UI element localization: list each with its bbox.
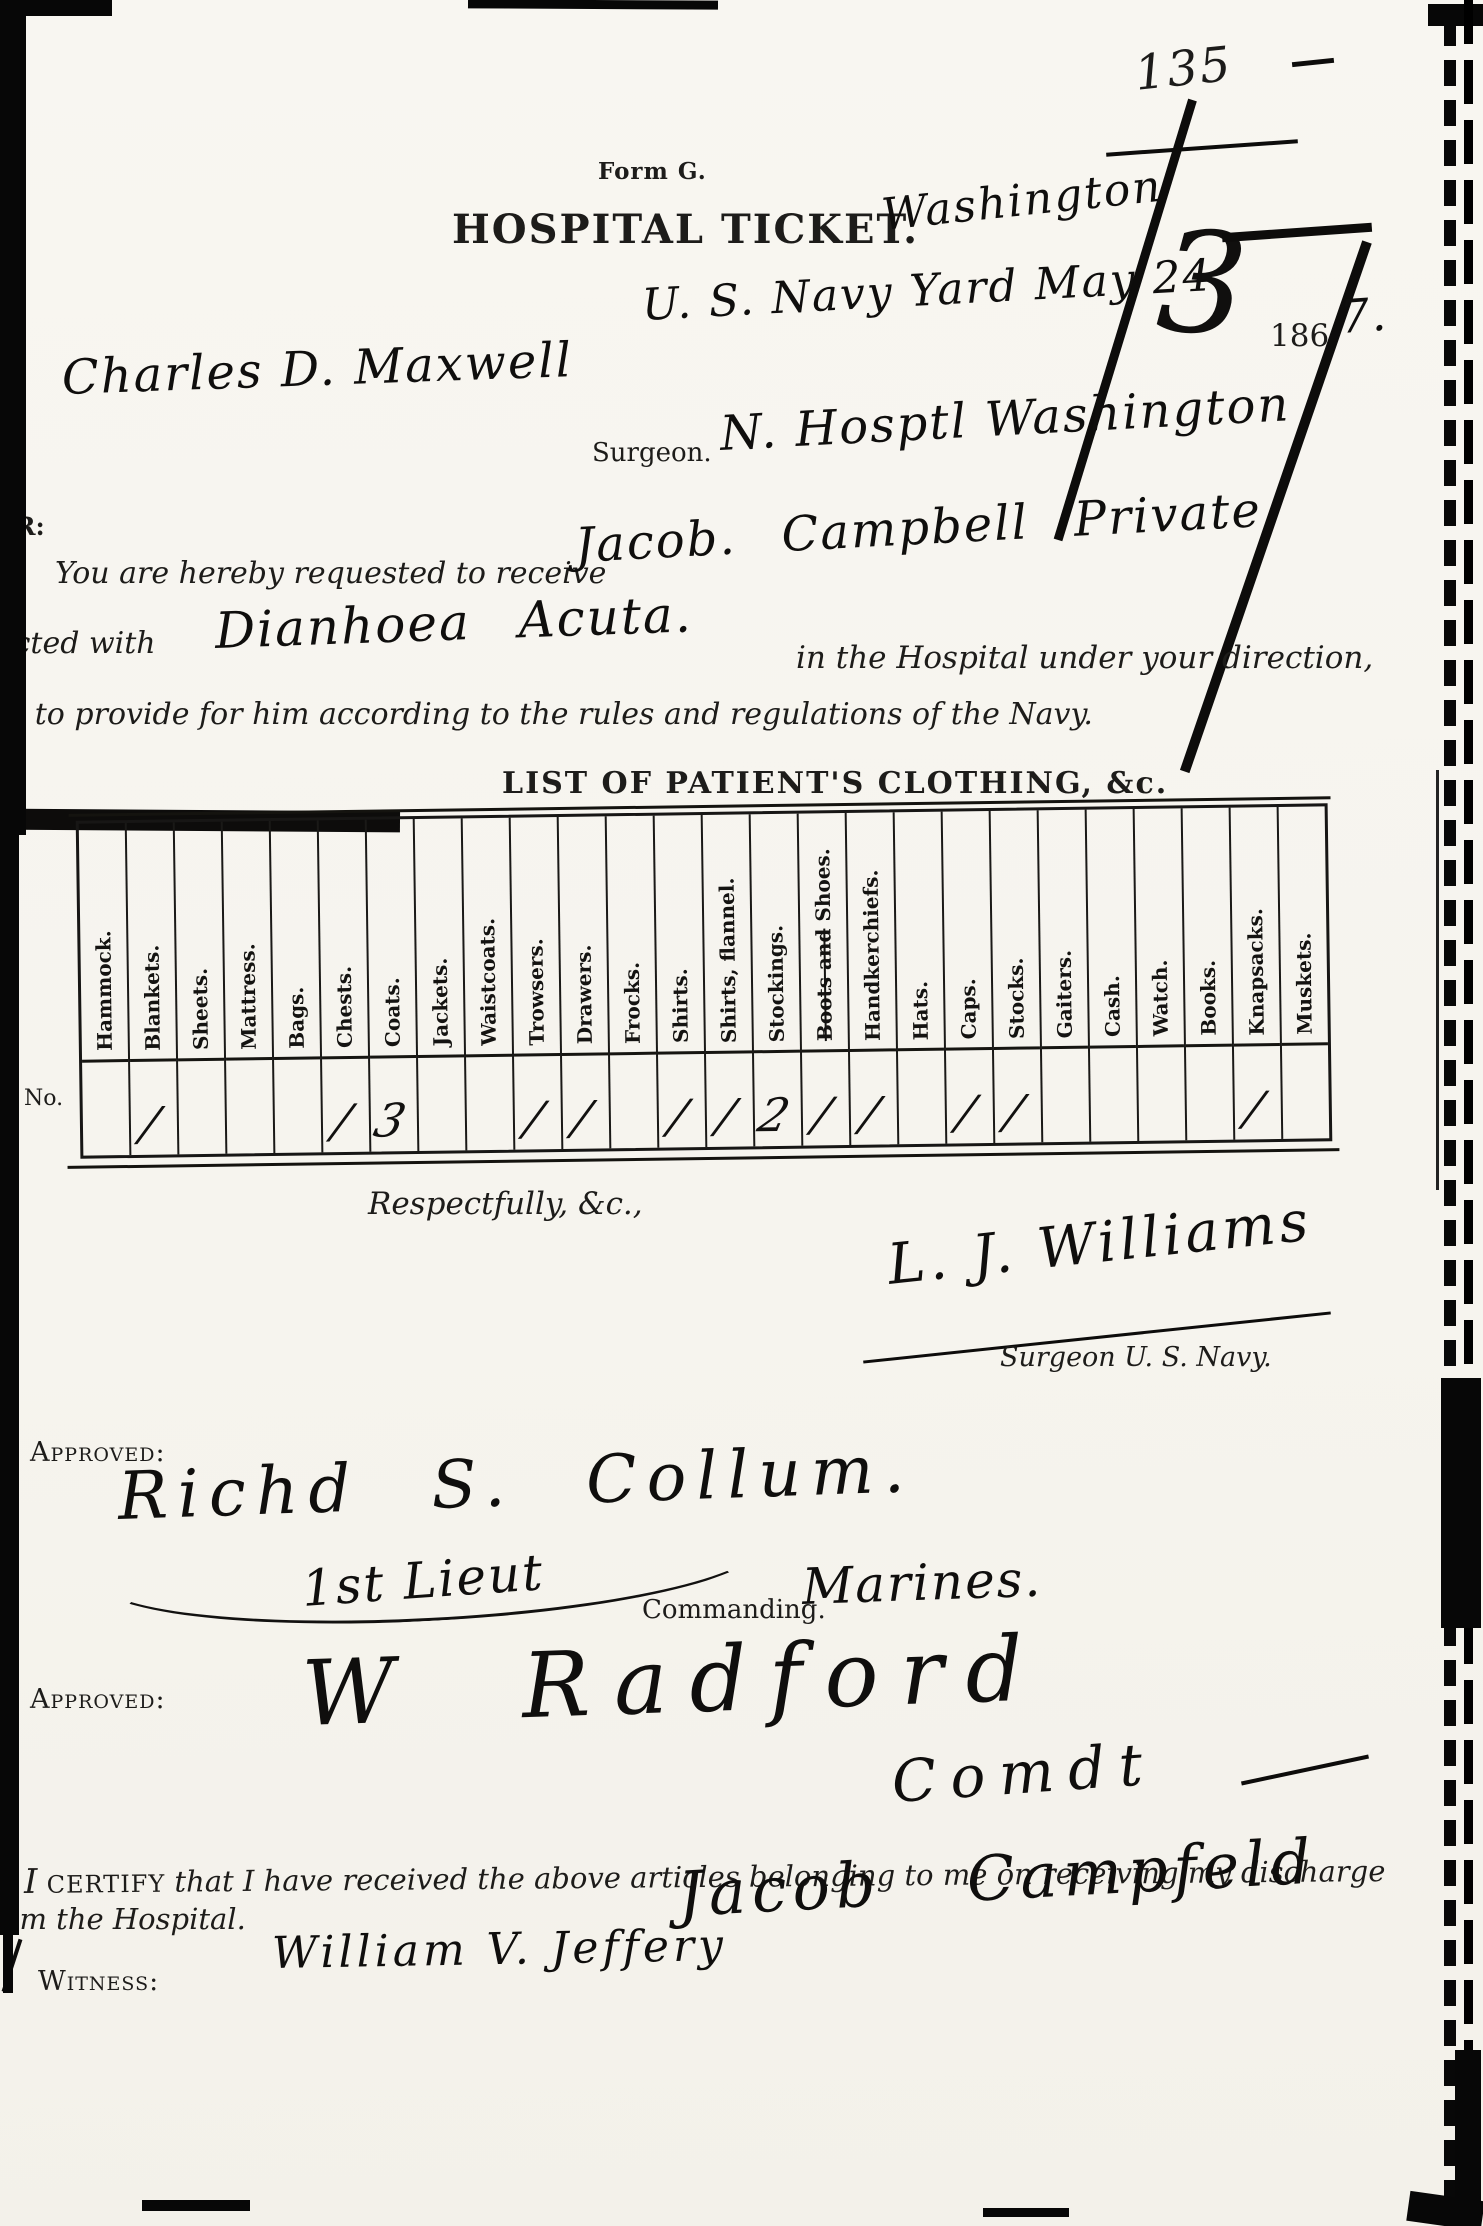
clothing-column-header-drawers: Drawers. <box>559 816 608 1056</box>
afflicted-fragment: icted with <box>4 626 156 661</box>
clothing-column-label-shoes: Boots and Shoes. <box>810 848 837 1041</box>
printed-year: 186 <box>1270 318 1329 354</box>
clothing-column-cash: Cash. <box>1085 809 1138 1142</box>
clothing-column-header-bags: Bags. <box>271 820 320 1060</box>
respectfully-line: Respectfully, &c., <box>368 1186 643 1222</box>
clothing-column-label-gaiters: Gaiters. <box>1052 949 1077 1038</box>
clothing-column-header-frocks: Frocks. <box>607 816 656 1056</box>
clothing-column-header-shirts: Shirts. <box>655 815 704 1055</box>
clothing-column-label-stocks: Stocks. <box>1004 957 1029 1039</box>
clothing-column-label-bags: Bags. <box>284 986 309 1048</box>
form-label: Form G. <box>598 158 707 185</box>
clothing-column-label-books: Books. <box>1196 960 1221 1036</box>
scan-artifact-right-bar-1 <box>1444 20 1456 2220</box>
scan-artifact-bottom-right-strip <box>1455 2050 1481 2226</box>
surgeon-station: N. Hosptl Washington <box>719 376 1292 462</box>
clothing-column-waistcoats: Waistcoats. <box>461 818 514 1151</box>
clothing-column-label-jackets: Jackets. <box>428 958 453 1047</box>
scan-artifact-left-strip-low <box>3 1935 13 1993</box>
clothing-column-jackets: Jackets. <box>413 818 466 1151</box>
clothing-column-books: Books. <box>1181 808 1234 1141</box>
clothing-column-hats: Hats. <box>893 812 946 1145</box>
certify-line-2: om the Hospital. <box>2 1902 246 1936</box>
clothing-column-header-books: Books. <box>1183 808 1232 1048</box>
clothing-column-mattress: Mattress. <box>221 821 274 1154</box>
number-row-label: No. <box>24 1086 63 1111</box>
approved-label-2: Approved: <box>30 1684 166 1715</box>
patient-name: Jacob. Campbell Private <box>574 482 1264 574</box>
patient-signature: Jacob Campfeld <box>676 1825 1318 1931</box>
clothing-column-header-jackets: Jackets. <box>415 818 464 1058</box>
clothing-column-header-stockings: Stockings. <box>751 814 800 1054</box>
clothing-column-chests: Chests./ <box>317 820 370 1153</box>
clothing-column-header-hats: Hats. <box>895 812 944 1052</box>
clothing-table: Hammock.Blankets./Sheets.Mattress.Bags.C… <box>76 803 1333 1158</box>
diagnosis: Dianhoea Acuta. <box>214 585 694 660</box>
clothing-column-header-shoes: Boots and Shoes. <box>799 813 848 1053</box>
registry-strike-line <box>1106 139 1298 156</box>
clothing-column-label-coats: Coats. <box>380 978 405 1048</box>
clothing-column-label-mattress: Mattress. <box>235 943 260 1050</box>
clothing-column-label-hammock: Hammock. <box>91 931 117 1052</box>
clothing-column-shirts-flannel: Shirts, flannel./ <box>701 814 754 1147</box>
clothing-column-header-mattress: Mattress. <box>223 821 272 1061</box>
clothing-column-stocks: Stocks./ <box>989 810 1042 1143</box>
clothing-list-title: LIST OF PATIENT'S CLOTHING, &c. <box>502 766 1168 801</box>
certify-pronoun: I <box>24 1862 38 1902</box>
clothing-column-bags: Bags. <box>269 820 322 1153</box>
clothing-column-frocks: Frocks. <box>605 816 658 1149</box>
clothing-column-header-watch: Watch. <box>1135 808 1184 1048</box>
clothing-column-header-waistcoats: Waistcoats. <box>463 818 512 1058</box>
scan-artifact-right-bar-2 <box>1464 0 1473 2226</box>
scan-artifact-right-blob <box>1441 1378 1481 1628</box>
clothing-column-label-caps: Caps. <box>956 978 981 1039</box>
clothing-column-blankets: Blankets./ <box>125 822 178 1155</box>
clothing-column-header-hammock: Hammock. <box>79 823 128 1063</box>
branch-handwritten: Marines. <box>801 1550 1043 1616</box>
place-annotation: Washington <box>879 161 1164 241</box>
clothing-column-handkerchiefs: Handkerchiefs./ <box>845 812 898 1145</box>
clothing-column-drawers: Drawers./ <box>557 816 610 1149</box>
addressee-name: Charles D. Maxwell <box>61 332 574 406</box>
certify-word: CERTIFY <box>47 1870 166 1899</box>
clothing-column-header-sheets: Sheets. <box>175 822 224 1062</box>
clothing-column-header-coats: Coats. <box>367 819 416 1059</box>
radford-title: Comdt <box>890 1730 1159 1816</box>
scan-artifact-top-left-wedge <box>0 0 112 16</box>
clothing-column-label-hats: Hats. <box>908 980 933 1040</box>
clothing-column-header-shirts-flannel: Shirts, flannel. <box>703 814 752 1054</box>
clothing-column-header-blankets: Blankets. <box>127 822 176 1062</box>
handwritten-year: 7. <box>1338 287 1390 344</box>
rank-printed: Commanding. <box>642 1595 826 1625</box>
clothing-column-label-stockings: Stockings. <box>763 924 789 1042</box>
clothing-column-coats: Coats.3 <box>365 819 418 1152</box>
clothing-column-shoes: Boots and Shoes./ <box>797 813 850 1146</box>
direction-line: in the Hospital under your direction, <box>796 640 1373 676</box>
clothing-column-header-muskets: Muskets. <box>1279 806 1328 1046</box>
clothing-column-watch: Watch. <box>1133 808 1186 1141</box>
clothing-column-label-drawers: Drawers. <box>571 945 596 1045</box>
scan-artifact-bottom-dash-1 <box>142 2200 250 2211</box>
scan-artifact-bottom-dash-2 <box>983 2208 1069 2217</box>
clothing-column-header-handkerchiefs: Handkerchiefs. <box>847 812 896 1052</box>
clothing-column-sheets: Sheets. <box>173 822 226 1155</box>
clothing-column-shirts: Shirts./ <box>653 815 706 1148</box>
clothing-column-header-cash: Cash. <box>1087 809 1136 1049</box>
clothing-column-header-gaiters: Gaiters. <box>1039 810 1088 1050</box>
clothing-column-header-stocks: Stocks. <box>991 810 1040 1050</box>
witness-signature: William V. Jeffery <box>272 1920 728 1979</box>
scan-artifact-left-strip-top <box>0 0 26 835</box>
clothing-column-stockings: Stockings.2 <box>749 814 802 1147</box>
clothing-column-header-knapsacks: Knapsacks. <box>1231 807 1280 1047</box>
scan-artifact-top-streak <box>468 0 718 10</box>
scanned-hospital-ticket: Form G. HOSPITAL TICKET. Washington 135 … <box>0 0 1483 2226</box>
clothing-column-trowsers: Trowsers./ <box>509 817 562 1150</box>
clothing-column-label-muskets: Muskets. <box>1291 932 1316 1034</box>
clothing-column-label-chests: Chests. <box>332 966 357 1048</box>
clothing-column-hammock: Hammock. <box>79 823 130 1156</box>
clothing-column-label-handkerchiefs: Handkerchiefs. <box>858 869 884 1041</box>
provide-line: d to provide for him according to the ru… <box>6 697 1093 732</box>
clothing-column-muskets: Muskets. <box>1277 806 1330 1139</box>
clothing-column-header-trowsers: Trowsers. <box>511 817 560 1057</box>
scan-artifact-right-line <box>1436 770 1439 1190</box>
clothing-column-label-cash: Cash. <box>1100 975 1125 1037</box>
clothing-column-caps: Caps./ <box>941 811 994 1144</box>
clothing-column-label-knapsacks: Knapsacks. <box>1243 908 1269 1036</box>
radford-flourish <box>1241 1755 1369 1786</box>
document-title: HOSPITAL TICKET. <box>452 206 919 253</box>
surgeon-signature: L. J. Williams <box>885 1189 1315 1298</box>
clothing-column-label-watch: Watch. <box>1148 960 1173 1037</box>
clothing-column-label-blankets: Blankets. <box>139 944 164 1050</box>
clothing-column-label-waistcoats: Waistcoats. <box>475 918 501 1046</box>
clothing-column-label-sheets: Sheets. <box>188 968 213 1050</box>
registry-number-dash <box>1292 58 1334 67</box>
registry-number: 135 <box>1132 36 1235 102</box>
request-line: You are hereby requested to receive <box>55 556 606 591</box>
clothing-column-gaiters: Gaiters. <box>1037 810 1090 1143</box>
witness-label: Witness: <box>38 1966 159 1997</box>
clothing-column-header-caps: Caps. <box>943 811 992 1051</box>
scan-artifact-left-strip-mid <box>0 835 19 1935</box>
clothing-column-label-shirts-flannel: Shirts, flannel. <box>715 877 741 1043</box>
radford-signature: W Radford <box>300 1616 1047 1747</box>
clothing-column-label-frocks: Frocks. <box>620 962 645 1044</box>
clothing-column-header-chests: Chests. <box>319 820 368 1060</box>
surgeon-signature-title: Surgeon U. S. Navy. <box>1000 1342 1272 1373</box>
surgeon-label: Surgeon. <box>592 438 712 468</box>
clothing-column-label-trowsers: Trowsers. <box>523 938 548 1046</box>
clothing-column-label-shirts: Shirts. <box>668 969 693 1044</box>
clothing-column-knapsacks: Knapsacks./ <box>1229 807 1282 1140</box>
